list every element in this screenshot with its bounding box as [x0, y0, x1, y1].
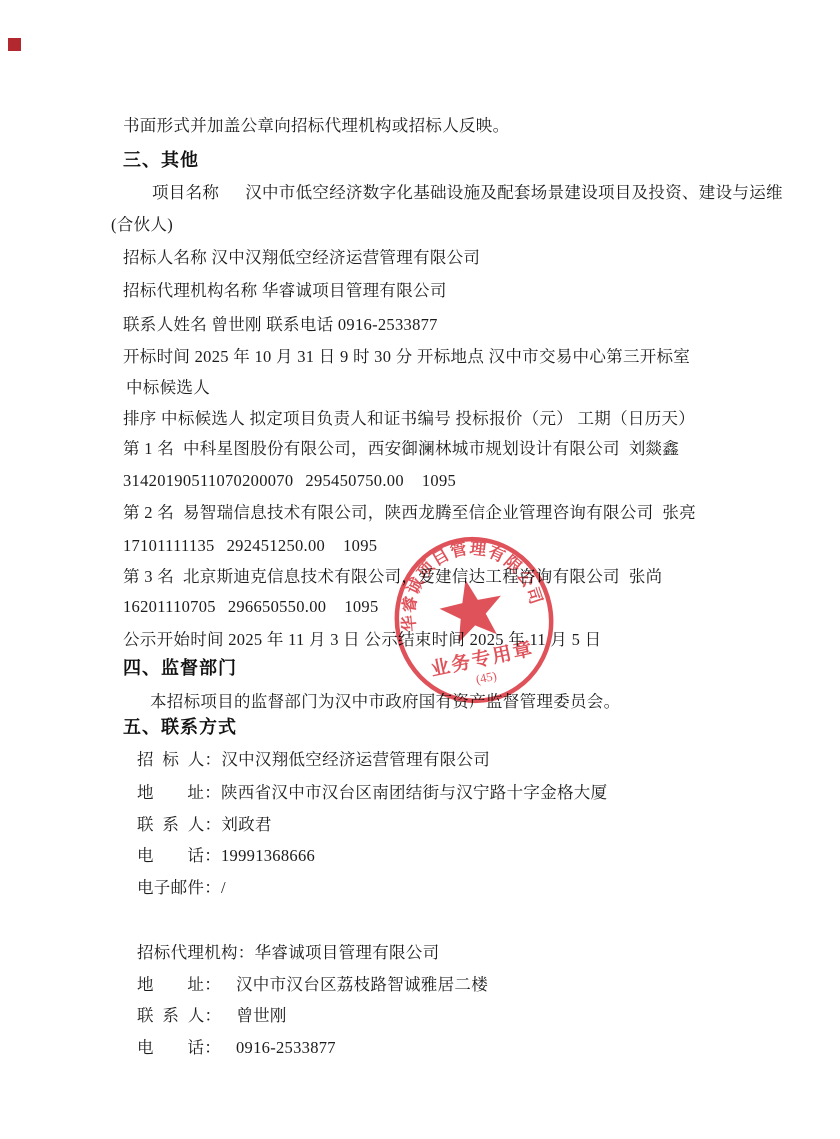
- field-value: 华睿诚项目管理有限公司: [255, 943, 440, 962]
- intro-line: 书面形式并加盖公章向招标代理机构或招标人反映。: [123, 115, 509, 137]
- candidate-person: 张亮: [662, 503, 696, 522]
- candidate-bid-price: 295450750.00: [305, 471, 403, 490]
- candidate-person: 张尚: [629, 567, 663, 586]
- candidate-cert-no: 16201110705: [123, 597, 216, 616]
- section-heading-contact: 五、联系方式: [123, 716, 237, 738]
- field-label: 电 话：: [137, 846, 221, 865]
- document-page: 书面形式并加盖公章向招标代理机构或招标人反映。 三、其他 项目名称汉中市低空经济…: [0, 0, 840, 1139]
- tenderee-contact-line: 联 系 人：刘政君: [137, 814, 272, 836]
- star-icon: [435, 573, 509, 644]
- tenderee-name-line: 招 标 人：汉中汉翔低空经济运营管理有限公司: [137, 749, 490, 771]
- seal-number-text: (45): [475, 669, 498, 687]
- project-name-label: 项目名称: [152, 183, 219, 202]
- tenderee-address-line: 地 址：陕西省汉中市汉台区南团结街与汉宁路十字金格大厦: [137, 782, 607, 804]
- section-heading-other: 三、其他: [123, 149, 199, 171]
- tenderee-line: 招标人名称 汉中汉翔低空经济运营管理有限公司: [123, 247, 480, 269]
- candidate-duration: 1095: [422, 471, 456, 490]
- candidate-cert-no: 17101111135: [123, 536, 215, 555]
- project-name-value: 汉中市低空经济数字化基础设施及配套场景建设项目及投资、建设与运维: [245, 183, 783, 202]
- field-label: 电 话：: [137, 1038, 221, 1057]
- agency-name-line: 招标代理机构：华睿诚项目管理有限公司: [137, 942, 439, 964]
- candidate-rank: 第 2 名: [123, 503, 174, 522]
- field-value: 汉中市汉台区荔枝路智诚雅居二楼: [236, 975, 488, 994]
- field-value: 0916-2533877: [236, 1038, 336, 1057]
- candidate-cert-no: 31420190511070200070: [123, 471, 293, 490]
- candidate-companies: 中科星图股份有限公司，西安御澜林城市规划设计有限公司: [183, 439, 620, 458]
- company-seal-stamp: 华睿诚项目管理有限公司 业务专用章 (45): [374, 520, 574, 720]
- candidate-person: 刘燚鑫: [629, 439, 679, 458]
- tenderee-phone-line: 电 话：19991368666: [137, 845, 315, 867]
- candidate-rank: 第 3 名: [123, 567, 174, 586]
- candidate-bid-price: 296650550.00: [228, 597, 326, 616]
- field-value: 汉中汉翔低空经济运营管理有限公司: [221, 750, 490, 769]
- field-label: 招标代理机构：: [137, 943, 255, 962]
- field-value: 曾世刚: [236, 1006, 286, 1025]
- field-label: 地 址：: [137, 975, 221, 994]
- candidate-bid-price: 292451250.00: [227, 536, 325, 555]
- candidate-rank: 第 1 名: [123, 439, 174, 458]
- field-value: 19991368666: [221, 846, 315, 865]
- section-heading-supervision: 四、监督部门: [123, 657, 237, 679]
- project-name-continuation: (合伙人): [111, 214, 173, 236]
- field-label: 联 系 人：: [137, 815, 221, 834]
- candidate-detail-2: 17101111135292451250.001095: [123, 535, 377, 557]
- agency-phone-line: 电 话：0916-2533877: [137, 1037, 336, 1059]
- candidate-detail-1: 31420190511070200070295450750.001095: [123, 470, 456, 492]
- contact-person-line: 联系人姓名 曾世刚 联系电话 0916-2533877: [123, 314, 438, 336]
- agency-line: 招标代理机构名称 华睿诚项目管理有限公司: [123, 280, 447, 302]
- candidates-title: 中标候选人: [126, 377, 210, 399]
- field-value: 陕西省汉中市汉台区南团结街与汉宁路十字金格大厦: [221, 783, 607, 802]
- red-corner-mark: [8, 38, 21, 51]
- field-value: /: [221, 878, 226, 897]
- field-label: 地 址：: [137, 783, 221, 802]
- agency-contact-line: 联 系 人：曾世刚: [137, 1005, 287, 1027]
- candidate-duration: 1095: [343, 536, 377, 555]
- candidates-table-header: 排序 中标候选人 拟定项目负责人和证书编号 投标报价（元） 工期（日历天）: [123, 408, 695, 430]
- tenderee-email-line: 电子邮件：/: [137, 877, 226, 899]
- field-label: 电子邮件：: [137, 878, 221, 897]
- field-label: 联 系 人：: [137, 1006, 221, 1025]
- project-name-line: 项目名称汉中市低空经济数字化基础设施及配套场景建设项目及投资、建设与运维: [152, 182, 783, 204]
- agency-address-line: 地 址：汉中市汉台区荔枝路智诚雅居二楼: [137, 974, 488, 996]
- field-value: 刘政君: [221, 815, 271, 834]
- bid-opening-line: 开标时间 2025 年 10 月 31 日 9 时 30 分 开标地点 汉中市交…: [123, 346, 690, 368]
- field-label: 招 标 人：: [137, 750, 221, 769]
- candidate-detail-3: 16201110705296650550.001095: [123, 596, 379, 618]
- candidate-row-1: 第 1 名中科星图股份有限公司，西安御澜林城市规划设计有限公司刘燚鑫: [123, 438, 679, 460]
